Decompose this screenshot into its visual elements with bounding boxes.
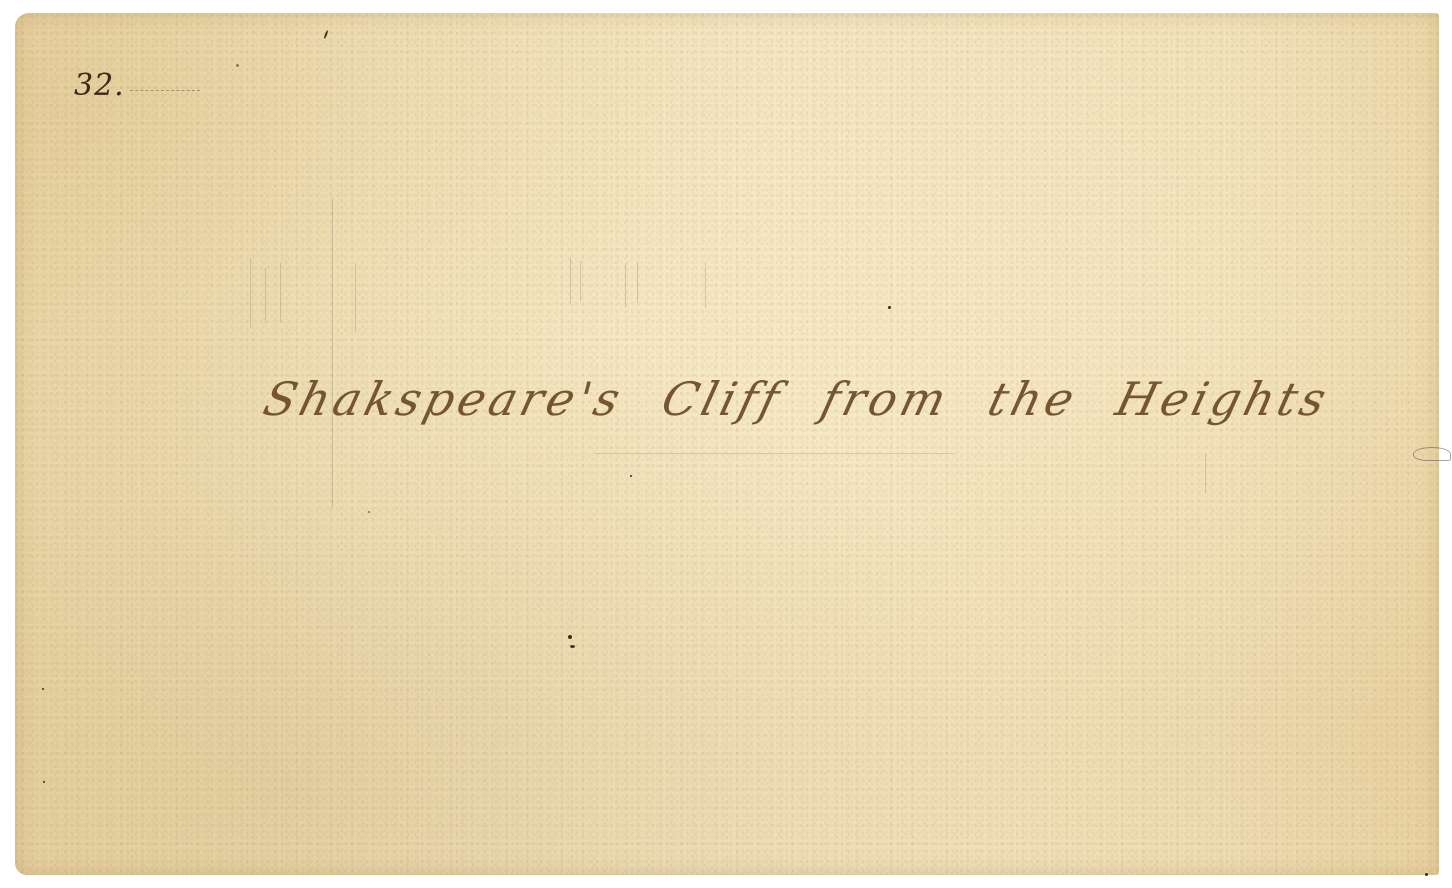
- pencil-trace: [280, 263, 281, 323]
- pencil-trace: [1205, 453, 1206, 493]
- pencil-trace: [580, 261, 581, 301]
- ink-speck: [368, 511, 370, 513]
- pencil-trace: [625, 263, 626, 308]
- paper-card: [15, 13, 1439, 875]
- pencil-trace: [570, 258, 571, 303]
- ink-speck: [324, 30, 329, 39]
- ink-speck: [236, 64, 239, 67]
- ink-speck: [43, 781, 45, 783]
- pencil-trace: [355, 263, 356, 333]
- pencil-trace: [250, 258, 251, 328]
- pencil-trace: [637, 263, 638, 303]
- catalog-dash-line: [130, 90, 200, 92]
- pencil-trace: [705, 263, 706, 308]
- ink-speck: [630, 475, 632, 477]
- pencil-trace: [595, 453, 955, 454]
- ink-speck: [570, 645, 575, 648]
- ink-speck: [1425, 873, 1428, 876]
- ink-speck: [888, 306, 891, 309]
- pencil-trace: [265, 268, 266, 323]
- pencil-margin-mark: [1413, 447, 1451, 461]
- catalog-number: 32.: [74, 68, 125, 103]
- pencil-trace: [332, 198, 333, 508]
- ink-speck: [568, 635, 572, 639]
- handwritten-title-inscription: Shakspeare's Cliff from the Heights: [258, 372, 1231, 426]
- scan-canvas: 32. Shakspeare's Cliff from the Heights: [0, 0, 1452, 888]
- ink-speck: [42, 688, 44, 690]
